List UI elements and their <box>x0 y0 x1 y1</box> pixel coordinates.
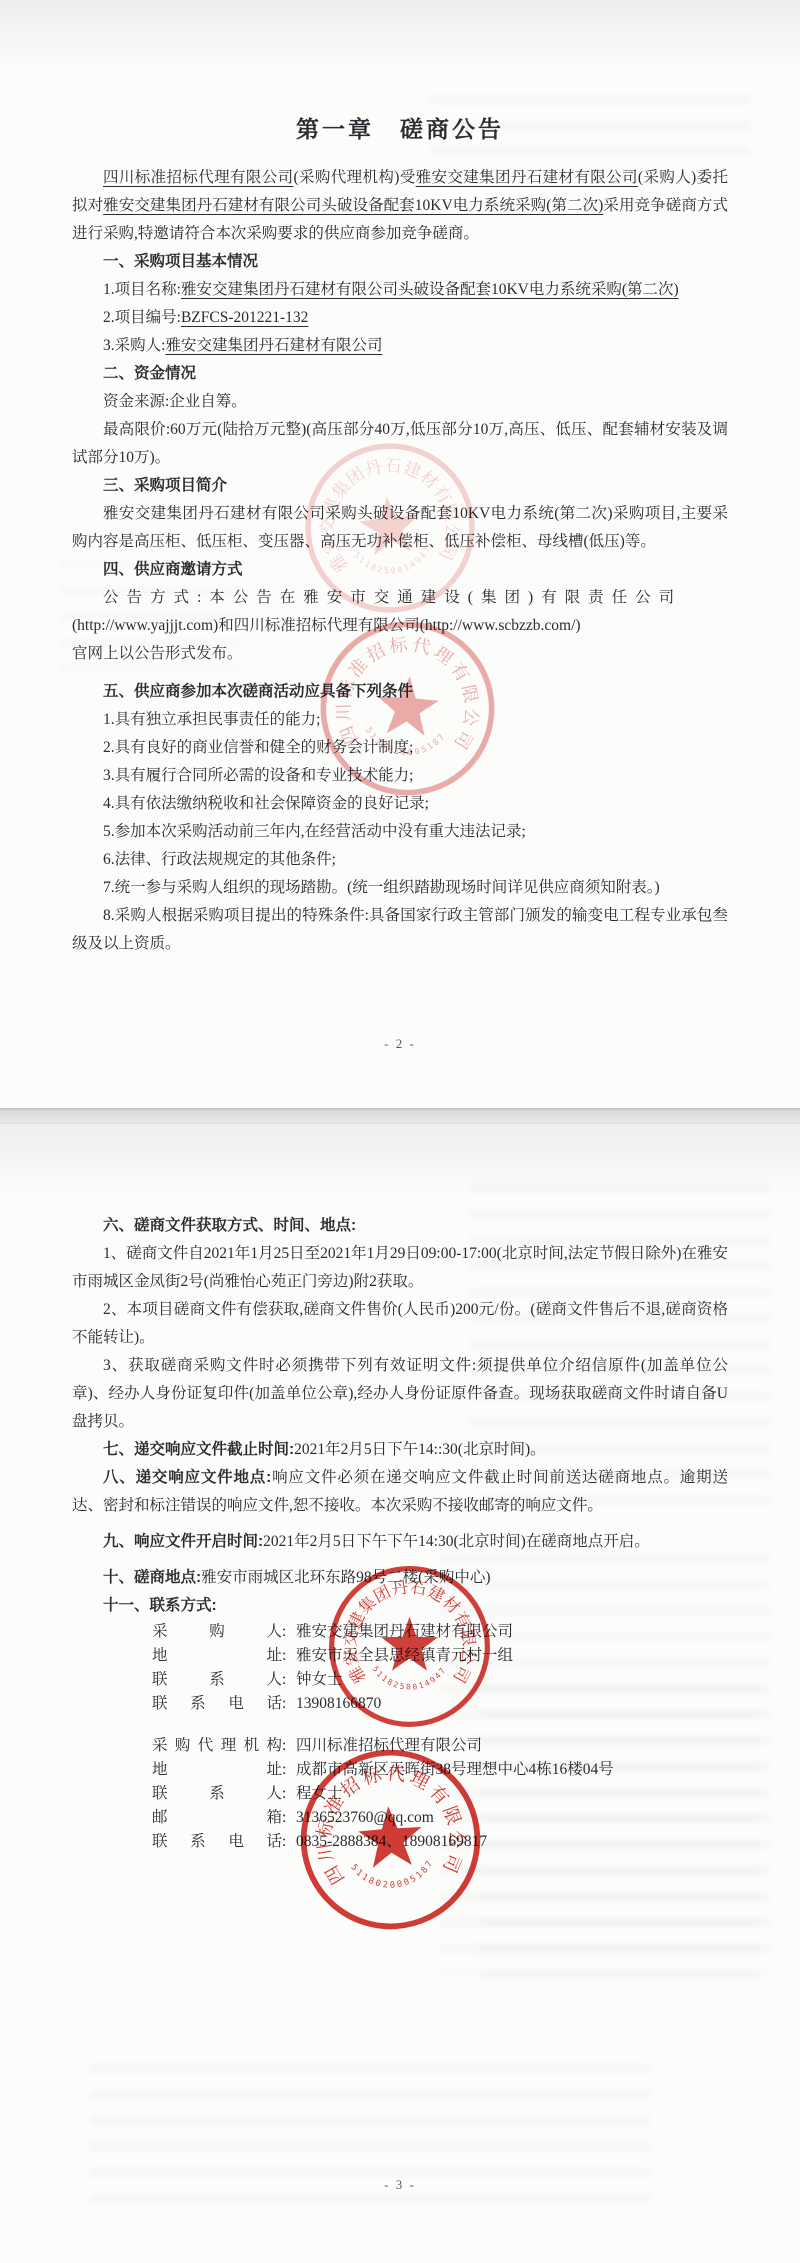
condition-2: 2.具有良好的商业信誉和健全的财务会计制度; <box>72 734 728 762</box>
section-5-heading: 五、供应商参加本次磋商活动应具备下列条件 <box>72 678 728 706</box>
section-2-heading: 二、资金情况 <box>72 360 728 388</box>
condition-3: 3.具有履行合同所必需的设备和专业技术能力; <box>72 762 728 790</box>
section-4-heading: 四、供应商邀请方式 <box>72 556 728 584</box>
contact-label: 联系电话 <box>152 1692 282 1716</box>
fund-source: 资金来源:企业自筹。 <box>72 388 728 416</box>
announce-line-1: 公告方式:本公告在雅安市交通建设(集团)有限责任公司 <box>72 584 728 612</box>
page-number: - 2 - <box>0 1036 800 1052</box>
section-11-heading: 十一、联系方式: <box>72 1592 728 1620</box>
section-10: 十、磋商地点:雅安市雨城区北环东路98号二楼(采购中心) <box>72 1564 728 1592</box>
contact-row: 联系人:钟女士 <box>152 1668 728 1692</box>
project-name: 1.项目名称:雅安交建集团丹石建材有限公司头破设备配套10KV电力系统采购(第二… <box>72 276 728 304</box>
gap <box>72 1556 728 1564</box>
doc-item-3: 3、获取磋商采购文件时必须携带下列有效证明文件:须提供单位介绍信原件(加盖单位公… <box>72 1352 728 1436</box>
contact-value: 13908166870 <box>296 1695 381 1712</box>
section-7: 七、递交响应文件截止时间:2021年2月5日下午14::30(北京时间)。 <box>72 1436 728 1464</box>
contact-colon: : <box>282 1734 296 1758</box>
scanned-document: 第一章 磋商公告四川标准招标代理有限公司(采购代理机构)受雅安交建集团丹石建材有… <box>0 0 800 2263</box>
price-limit: 最高限价:60万元(陆拾万元整)(高压部分40万,低压部分10万,高压、低压、配… <box>72 416 728 472</box>
contact-colon: : <box>282 1692 296 1716</box>
contact-colon: : <box>282 1758 296 1782</box>
announce-line-3: 官网上以公告形式发布。 <box>72 640 728 668</box>
condition-1: 1.具有独立承担民事责任的能力; <box>72 706 728 734</box>
contact-label: 采购人 <box>152 1620 282 1644</box>
contact-colon: : <box>282 1644 296 1668</box>
contact-value: 钟女士 <box>296 1671 343 1688</box>
section-9: 九、响应文件开启时间:2021年2月5日下午下午14:30(北京时间)在磋商地点… <box>72 1528 728 1556</box>
condition-5: 5.参加本次采购活动前三年内,在经营活动中没有重大违法记录; <box>72 818 728 846</box>
contact-row: 联系人:程女士 <box>152 1782 728 1806</box>
section-1-heading: 一、采购项目基本情况 <box>72 248 728 276</box>
contact-colon: : <box>282 1668 296 1692</box>
contact-colon: : <box>282 1830 296 1854</box>
contact-colon: : <box>282 1806 296 1830</box>
svg-text:5118020005187: 5118020005187 <box>347 1857 437 1894</box>
gap <box>72 1716 728 1734</box>
contact-value: 四川标准招标代理有限公司 <box>296 1737 482 1754</box>
contact-value: 雅安市天全县思经镇青元村一组 <box>296 1647 513 1664</box>
contact-value: 3136523760@qq.com <box>296 1809 434 1826</box>
page-1-content: 第一章 磋商公告四川标准招标代理有限公司(采购代理机构)受雅安交建集团丹石建材有… <box>0 0 800 958</box>
contact-label: 采购代理机构 <box>152 1734 282 1758</box>
contact-label: 联系电话 <box>152 1830 282 1854</box>
contact-label: 地址 <box>152 1758 282 1782</box>
section-8: 八、递交响应文件地点:响应文件必须在递交响应文件截止时间前送达磋商地点。逾期送达… <box>72 1464 728 1520</box>
contact-colon: : <box>282 1782 296 1806</box>
contact-row: 采购人:雅安交建集团丹石建材有限公司 <box>152 1620 728 1644</box>
contact-row: 联系电话:13908166870 <box>152 1692 728 1716</box>
contact-row: 联系电话:0835-2888384、18908169817 <box>152 1830 728 1854</box>
contact-label: 地址 <box>152 1644 282 1668</box>
section-3-heading: 三、采购项目简介 <box>72 472 728 500</box>
condition-8: 8.采购人根据采购项目提出的特殊条件:具备国家行政主管部门颁发的输变电工程专业承… <box>72 902 728 958</box>
contact-label: 邮箱 <box>152 1806 282 1830</box>
contact-row: 采购代理机构:四川标准招标代理有限公司 <box>152 1734 728 1758</box>
purchaser-contact: 采购人:雅安交建集团丹石建材有限公司地址:雅安市天全县思经镇青元村一组联系人:钟… <box>152 1620 728 1716</box>
contact-value: 雅安交建集团丹石建材有限公司 <box>296 1623 513 1640</box>
contact-value: 程女士 <box>296 1785 343 1802</box>
gap <box>72 1520 728 1528</box>
page-2-content: 六、磋商文件获取方式、时间、地点:1、磋商文件自2021年1月25日至2021年… <box>0 1124 800 1854</box>
contact-label: 联系人 <box>152 1782 282 1806</box>
intro-paragraph: 四川标准招标代理有限公司(采购代理机构)受雅安交建集团丹石建材有限公司(采购人)… <box>72 164 728 248</box>
condition-4: 4.具有依法缴纳税收和社会保障资金的良好记录; <box>72 790 728 818</box>
contact-row: 地址:雅安市天全县思经镇青元村一组 <box>152 1644 728 1668</box>
contact-value: 0835-2888384、18908169817 <box>296 1833 487 1850</box>
condition-7: 7.统一参与采购人组织的现场踏勘。(统一组织踏勘现场时间详见供应商须知附表。) <box>72 874 728 902</box>
agency-contact: 采购代理机构:四川标准招标代理有限公司地址:成都市高新区天晖街38号理想中心4栋… <box>152 1734 728 1854</box>
contact-colon: : <box>282 1620 296 1644</box>
contact-row: 邮箱:3136523760@qq.com <box>152 1806 728 1830</box>
section-6-heading: 六、磋商文件获取方式、时间、地点: <box>72 1212 728 1240</box>
project-brief: 雅安交建集团丹石建材有限公司采购头破设备配套10KV电力系统(第二次)采购项目,… <box>72 500 728 556</box>
page-1: 第一章 磋商公告四川标准招标代理有限公司(采购代理机构)受雅安交建集团丹石建材有… <box>0 0 800 1108</box>
contact-value: 成都市高新区天晖街38号理想中心4栋16楼04号 <box>296 1761 614 1778</box>
page-2: 六、磋商文件获取方式、时间、地点:1、磋商文件自2021年1月25日至2021年… <box>0 1124 800 2263</box>
page-separator <box>0 1108 800 1124</box>
doc-item-2: 2、本项目磋商文件有偿获取,磋商文件售价(人民币)200元/份。(磋商文件售后不… <box>72 1296 728 1352</box>
contact-label: 联系人 <box>152 1668 282 1692</box>
contact-row: 地址:成都市高新区天晖街38号理想中心4栋16楼04号 <box>152 1758 728 1782</box>
page-number: - 3 - <box>0 2177 800 2193</box>
chapter-title: 第一章 磋商公告 <box>72 112 728 148</box>
doc-item-1: 1、磋商文件自2021年1月25日至2021年1月29日09:00-17:00(… <box>72 1240 728 1296</box>
condition-6: 6.法律、行政法规规定的其他条件; <box>72 846 728 874</box>
purchaser-name: 3.采购人:雅安交建集团丹石建材有限公司 <box>72 332 728 360</box>
announce-line-2: (http://www.yajjjt.com)和四川标准招标代理有限公司(htt… <box>72 612 728 640</box>
project-number: 2.项目编号:BZFCS-201221-132 <box>72 304 728 332</box>
